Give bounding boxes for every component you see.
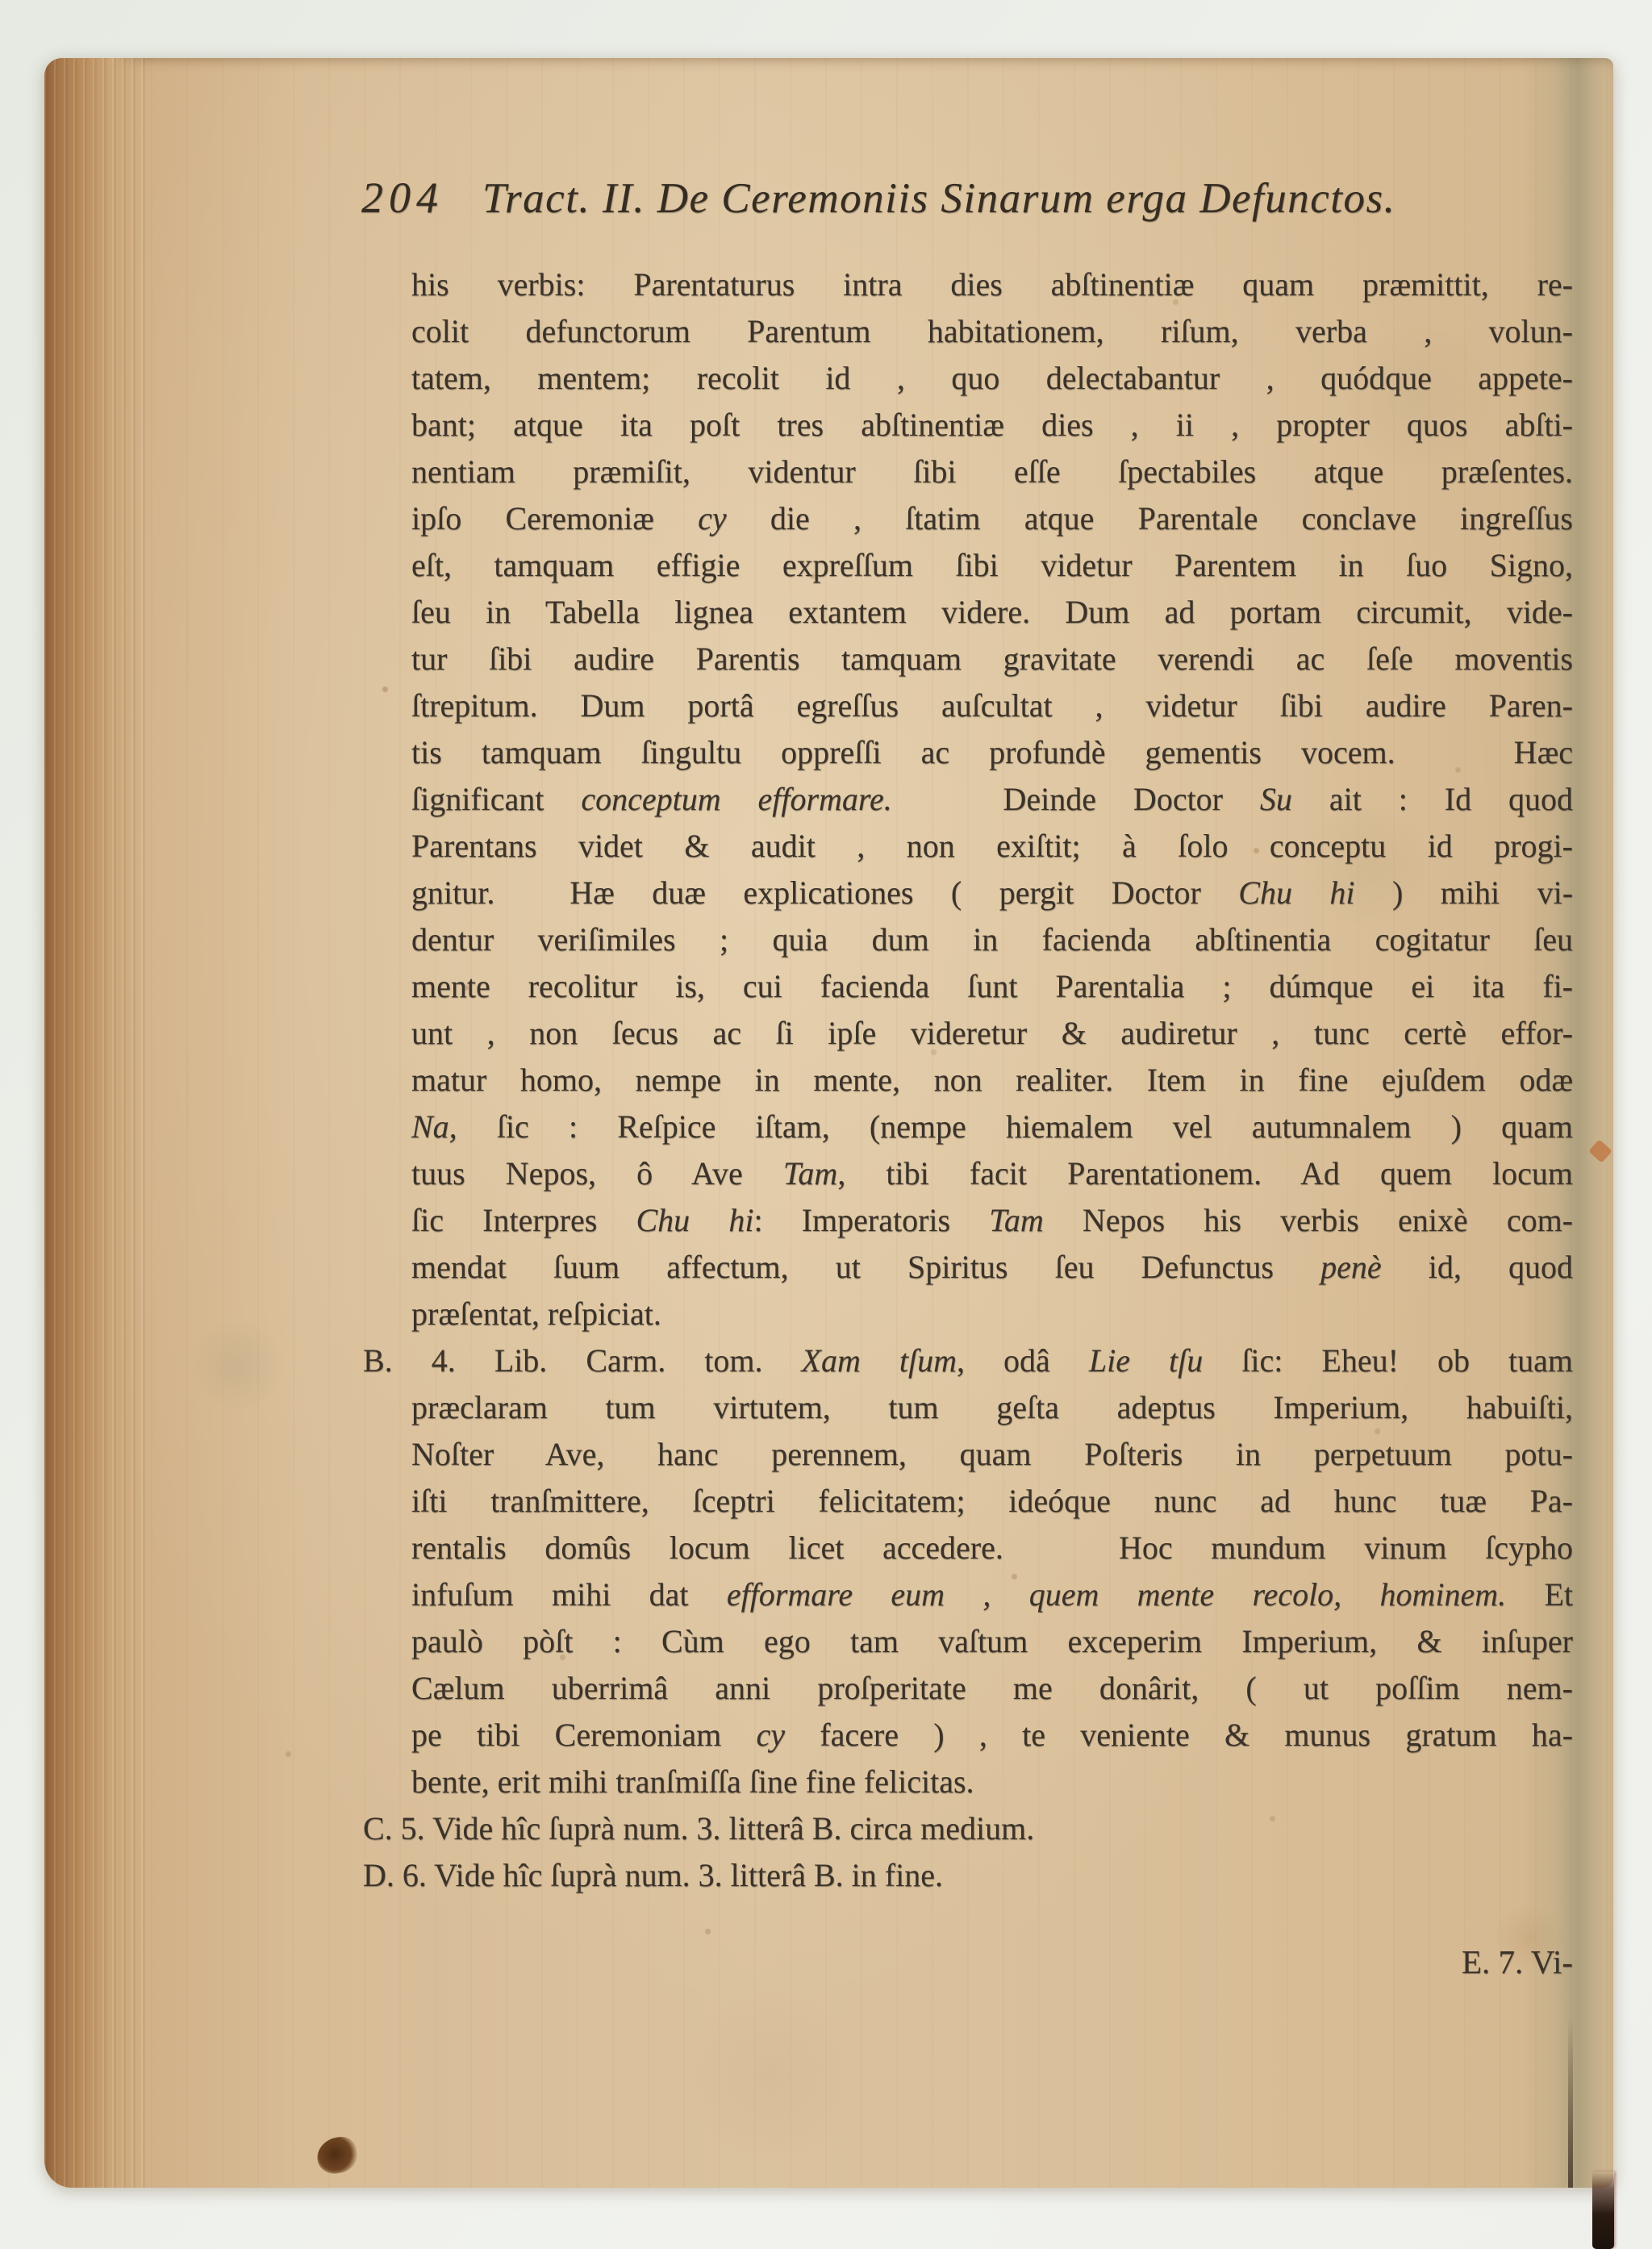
roman-text: Et [1506, 1576, 1573, 1613]
text-line: iſti tranſmittere, ſceptri felicitatem; … [363, 1478, 1573, 1525]
text-line: ipſo Ceremoniæ cy die , ſtatim atque Par… [363, 495, 1573, 542]
roman-text: Deinde Doctor [892, 781, 1260, 817]
roman-text: matur homo, nempe in mente, non realiter… [411, 1062, 1573, 1098]
roman-text: dentur veriſimiles ; quia dum in faciend… [411, 921, 1573, 958]
roman-text: ipſo Ceremoniæ [411, 500, 698, 536]
roman-text: Nepos his verbis enixè com- [1044, 1202, 1573, 1238]
roman-text: Parentans videt & audit , non exiſtit; à… [411, 828, 1573, 864]
roman-text: ſignificant [411, 781, 581, 817]
roman-text: ait : Id quod [1292, 781, 1573, 817]
roman-text: nentiam præmiſit, videntur ſibi eſſe ſpe… [411, 453, 1573, 490]
text-line: his verbis: Parentaturus intra dies abſt… [363, 261, 1573, 308]
text-line: Noſter Ave, hanc perennem, quam Poſteris… [363, 1431, 1573, 1478]
italic-text: efformare eum , quem mente recolo, homin… [727, 1576, 1506, 1613]
text-line: ſtrepitum. Dum portâ egreſſus auſcultat … [363, 682, 1573, 729]
text-line: pe tibi Ceremoniam cy facere ) , te veni… [363, 1712, 1573, 1759]
text-line: infuſum mihi dat efformare eum , quem me… [363, 1571, 1573, 1618]
roman-text: ſeu in Tabella lignea extantem videre. D… [411, 594, 1573, 630]
text-line: tur ſibi audire Parentis tamquam gravita… [363, 636, 1573, 682]
roman-text: C. 5. Vide hîc ſuprà num. 3. litterâ B. … [363, 1810, 1034, 1846]
text-line: unt , non ſecus ac ſi ipſe videretur & a… [363, 1010, 1573, 1057]
text-line: C. 5. Vide hîc ſuprà num. 3. litterâ B. … [363, 1805, 1573, 1852]
roman-text: ſtrepitum. Dum portâ egreſſus auſcultat … [411, 687, 1573, 724]
text-body: his verbis: Parentaturus intra dies abſt… [363, 261, 1573, 1899]
text-line: mendat ſuum affectum, ut Spiritus ſeu De… [363, 1244, 1573, 1291]
spine-shadow [1592, 2172, 1614, 2249]
text-line: D. 6. Vide hîc ſuprà num. 3. litterâ B. … [363, 1852, 1573, 1899]
roman-text: præſentat, reſpiciat. [411, 1296, 661, 1332]
text-line: gnitur. Hæ duæ explicationes ( pergit Do… [363, 870, 1573, 916]
text-line: præclaram tum virtutem, tum geſta adeptu… [363, 1384, 1573, 1431]
text-line: ſic Interpres Chu hi: Imperatoris Tam Ne… [363, 1197, 1573, 1244]
italic-text: Tam [989, 1202, 1043, 1238]
roman-text: Noſter Ave, hanc perennem, quam Poſteris… [411, 1436, 1573, 1472]
roman-text: mente recolitur is, cui facienda ſunt Pa… [411, 968, 1573, 1004]
paper-speckles [44, 58, 48, 62]
running-header: 204Tract. II. De Ceremoniis Sinarum erga… [361, 173, 1573, 223]
italic-text: conceptum efformare. [581, 781, 891, 817]
italic-text: Na, [411, 1108, 457, 1145]
text-line: ſeu in Tabella lignea extantem videre. D… [363, 589, 1573, 636]
roman-text: præclaram tum virtutem, tum geſta adeptu… [411, 1389, 1573, 1425]
roman-text: tuus Nepos, ô Ave [411, 1155, 783, 1191]
roman-text: paulò pòſt : Cùm ego tam vaſtum exceperi… [411, 1623, 1573, 1659]
text-line: B. 4. Lib. Carm. tom. Xam tſum, odâ Lie … [363, 1337, 1573, 1384]
roman-text: iſti tranſmittere, ſceptri felicitatem; … [411, 1483, 1573, 1519]
roman-text: B. 4. Lib. Carm. tom. [363, 1342, 802, 1379]
roman-text: gnitur. Hæ duæ explicationes ( pergit Do… [411, 874, 1238, 911]
text-line: præſentat, reſpiciat. [363, 1291, 1573, 1337]
page-title: Tract. II. De Ceremoniis Sinarum erga De… [482, 175, 1395, 222]
book-page: 204Tract. II. De Ceremoniis Sinarum erga… [44, 58, 1613, 2188]
italic-text: Tam [783, 1155, 837, 1191]
roman-text: unt , non ſecus ac ſi ipſe videretur & a… [411, 1015, 1573, 1051]
text-line: eſt, tamquam effigie expreſſum ſibi vide… [363, 542, 1573, 589]
roman-text: his verbis: Parentaturus intra dies abſt… [411, 266, 1573, 303]
text-line: bant; atque ita poſt tres abſtinentiæ di… [363, 402, 1573, 449]
text-line: tuus Nepos, ô Ave Tam, tibi facit Parent… [363, 1150, 1573, 1197]
text-line: paulò pòſt : Cùm ego tam vaſtum exceperi… [363, 1618, 1573, 1665]
text-line: nentiam præmiſit, videntur ſibi eſſe ſpe… [363, 449, 1573, 495]
roman-text: ſic Interpres [411, 1202, 636, 1238]
text-line: tis tamquam ſingultu oppreſſi ac profund… [363, 729, 1573, 776]
italic-text: Chu hi [1238, 874, 1354, 911]
italic-text: Xam tſum [802, 1342, 957, 1379]
italic-text: Lie tſu [1089, 1342, 1203, 1379]
text-line: Na, ſic : Reſpice iſtam, (nempe hiemalem… [363, 1104, 1573, 1150]
text-line: colit defunctorum Parentum habitationem,… [363, 308, 1573, 355]
roman-text: colit defunctorum Parentum habitationem,… [411, 313, 1573, 349]
text-line: mente recolitur is, cui facienda ſunt Pa… [363, 963, 1573, 1010]
roman-text: , odâ [957, 1342, 1089, 1379]
roman-text: ſic: Eheu! ob tuam [1203, 1342, 1573, 1379]
roman-text: rentalis domûs locum licet accedere. Hoc… [411, 1529, 1573, 1566]
roman-text: ſic : Reſpice iſtam, (nempe hiemalem vel… [457, 1108, 1573, 1145]
roman-text: tis tamquam ſingultu oppreſſi ac profund… [411, 734, 1573, 770]
roman-text: id, quod [1382, 1249, 1573, 1285]
roman-text: bente, erit mihi tranſmiſſa ſine fine fe… [411, 1763, 974, 1800]
roman-text: tur ſibi audire Parentis tamquam gravita… [411, 640, 1573, 677]
roman-text: infuſum mihi dat [411, 1576, 727, 1613]
roman-text: bant; atque ita poſt tres abſtinentiæ di… [411, 407, 1573, 443]
italic-text: Su [1260, 781, 1292, 817]
gutter-crease-line [1568, 2018, 1573, 2188]
roman-text: eſt, tamquam effigie expreſſum ſibi vide… [411, 547, 1573, 583]
roman-text: : Imperatoris [753, 1202, 989, 1238]
roman-text: facere ) , te veniente & munus gratum ha… [785, 1717, 1573, 1753]
italic-text: penè [1320, 1249, 1382, 1285]
roman-text: Cælum uberrimâ anni proſperitate me donâ… [411, 1670, 1573, 1706]
roman-text: pe tibi Ceremoniam [411, 1717, 757, 1753]
text-line: ſignificant conceptum efformare. Deinde … [363, 776, 1573, 823]
roman-text: ) mihi vi- [1355, 874, 1573, 911]
text-line: dentur veriſimiles ; quia dum in faciend… [363, 916, 1573, 963]
italic-text: cy [757, 1717, 786, 1753]
catchword: E. 7. Vi- [363, 1942, 1573, 1981]
text-line: tatem, mentem; recolit id , quo delectab… [363, 355, 1573, 402]
roman-text: tatem, mentem; recolit id , quo delectab… [411, 360, 1573, 396]
roman-text: mendat ſuum affectum, ut Spiritus ſeu De… [411, 1249, 1320, 1285]
text-line: Parentans videt & audit , non exiſtit; à… [363, 823, 1573, 870]
roman-text: , tibi facit Parentationem. Ad quem locu… [837, 1155, 1573, 1191]
page-number: 204 [361, 173, 444, 222]
italic-text: cy [698, 500, 727, 536]
italic-text: Chu hi [636, 1202, 753, 1238]
text-line: Cælum uberrimâ anni proſperitate me donâ… [363, 1665, 1573, 1712]
text-line: bente, erit mihi tranſmiſſa ſine fine fe… [363, 1759, 1573, 1805]
text-line: matur homo, nempe in mente, non realiter… [363, 1057, 1573, 1104]
roman-text: die , ſtatim atque Parentale conclave in… [727, 500, 1573, 536]
text-line: rentalis domûs locum licet accedere. Hoc… [363, 1525, 1573, 1571]
roman-text: D. 6. Vide hîc ſuprà num. 3. litterâ B. … [363, 1857, 943, 1893]
